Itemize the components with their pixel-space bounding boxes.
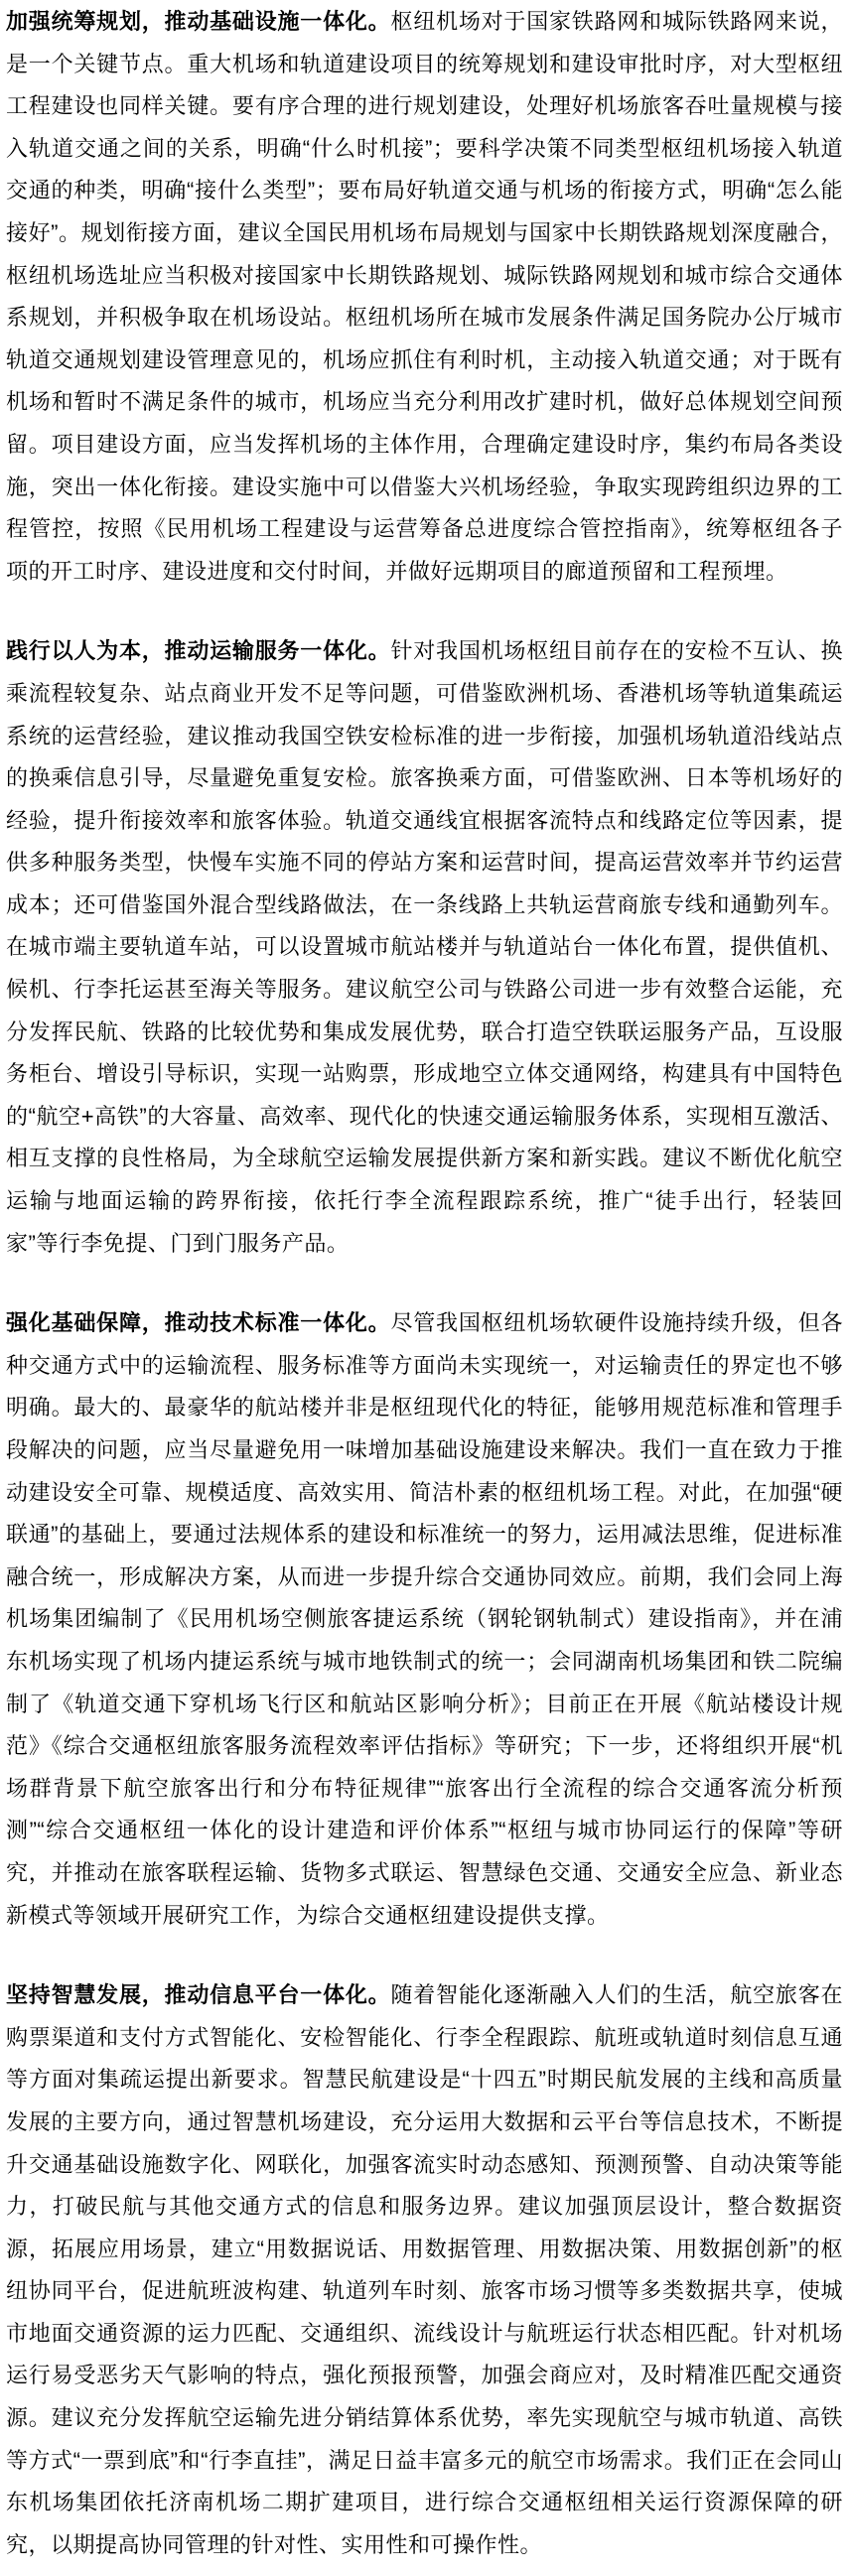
paragraph-information-platform: 坚持智慧发展，推动信息平台一体化。随着智能化逐渐融入人们的生活，航空旅客在购票渠…: [6, 1974, 843, 2566]
paragraph-planning: 加强统筹规划，推动基础设施一体化。枢纽机场对于国家铁路网和城际铁路网来说，是一个…: [6, 1, 843, 593]
article-page: 加强统筹规划，推动基础设施一体化。枢纽机场对于国家铁路网和城际铁路网来说，是一个…: [0, 0, 849, 2576]
paragraph-body: 尽管我国枢纽机场软硬件设施持续升级，但各种交通方式中的运输流程、服务标准等方面尚…: [6, 1310, 843, 1927]
paragraph-technical-standards: 强化基础保障，推动技术标准一体化。尽管我国枢纽机场软硬件设施持续升级，但各种交通…: [6, 1302, 843, 1937]
paragraph-lead: 践行以人为本，推动运输服务一体化。: [6, 638, 390, 663]
paragraph-lead: 坚持智慧发展，推动信息平台一体化。: [6, 1982, 390, 2007]
paragraph-body: 枢纽机场对于国家铁路网和城际铁路网来说，是一个关键节点。重大机场和轨道建设项目的…: [6, 9, 843, 584]
paragraph-transport-service: 践行以人为本，推动运输服务一体化。针对我国机场枢纽目前存在的安检不互认、换乘流程…: [6, 630, 843, 1265]
paragraph-body: 针对我国机场枢纽目前存在的安检不互认、换乘流程较复杂、站点商业开发不足等问题，可…: [6, 638, 843, 1255]
paragraph-lead: 加强统筹规划，推动基础设施一体化。: [6, 9, 390, 34]
paragraph-lead: 强化基础保障，推动技术标准一体化。: [6, 1310, 390, 1335]
paragraph-body: 随着智能化逐渐融入人们的生活，航空旅客在购票渠道和支付方式智能化、安检智能化、行…: [6, 1982, 843, 2557]
